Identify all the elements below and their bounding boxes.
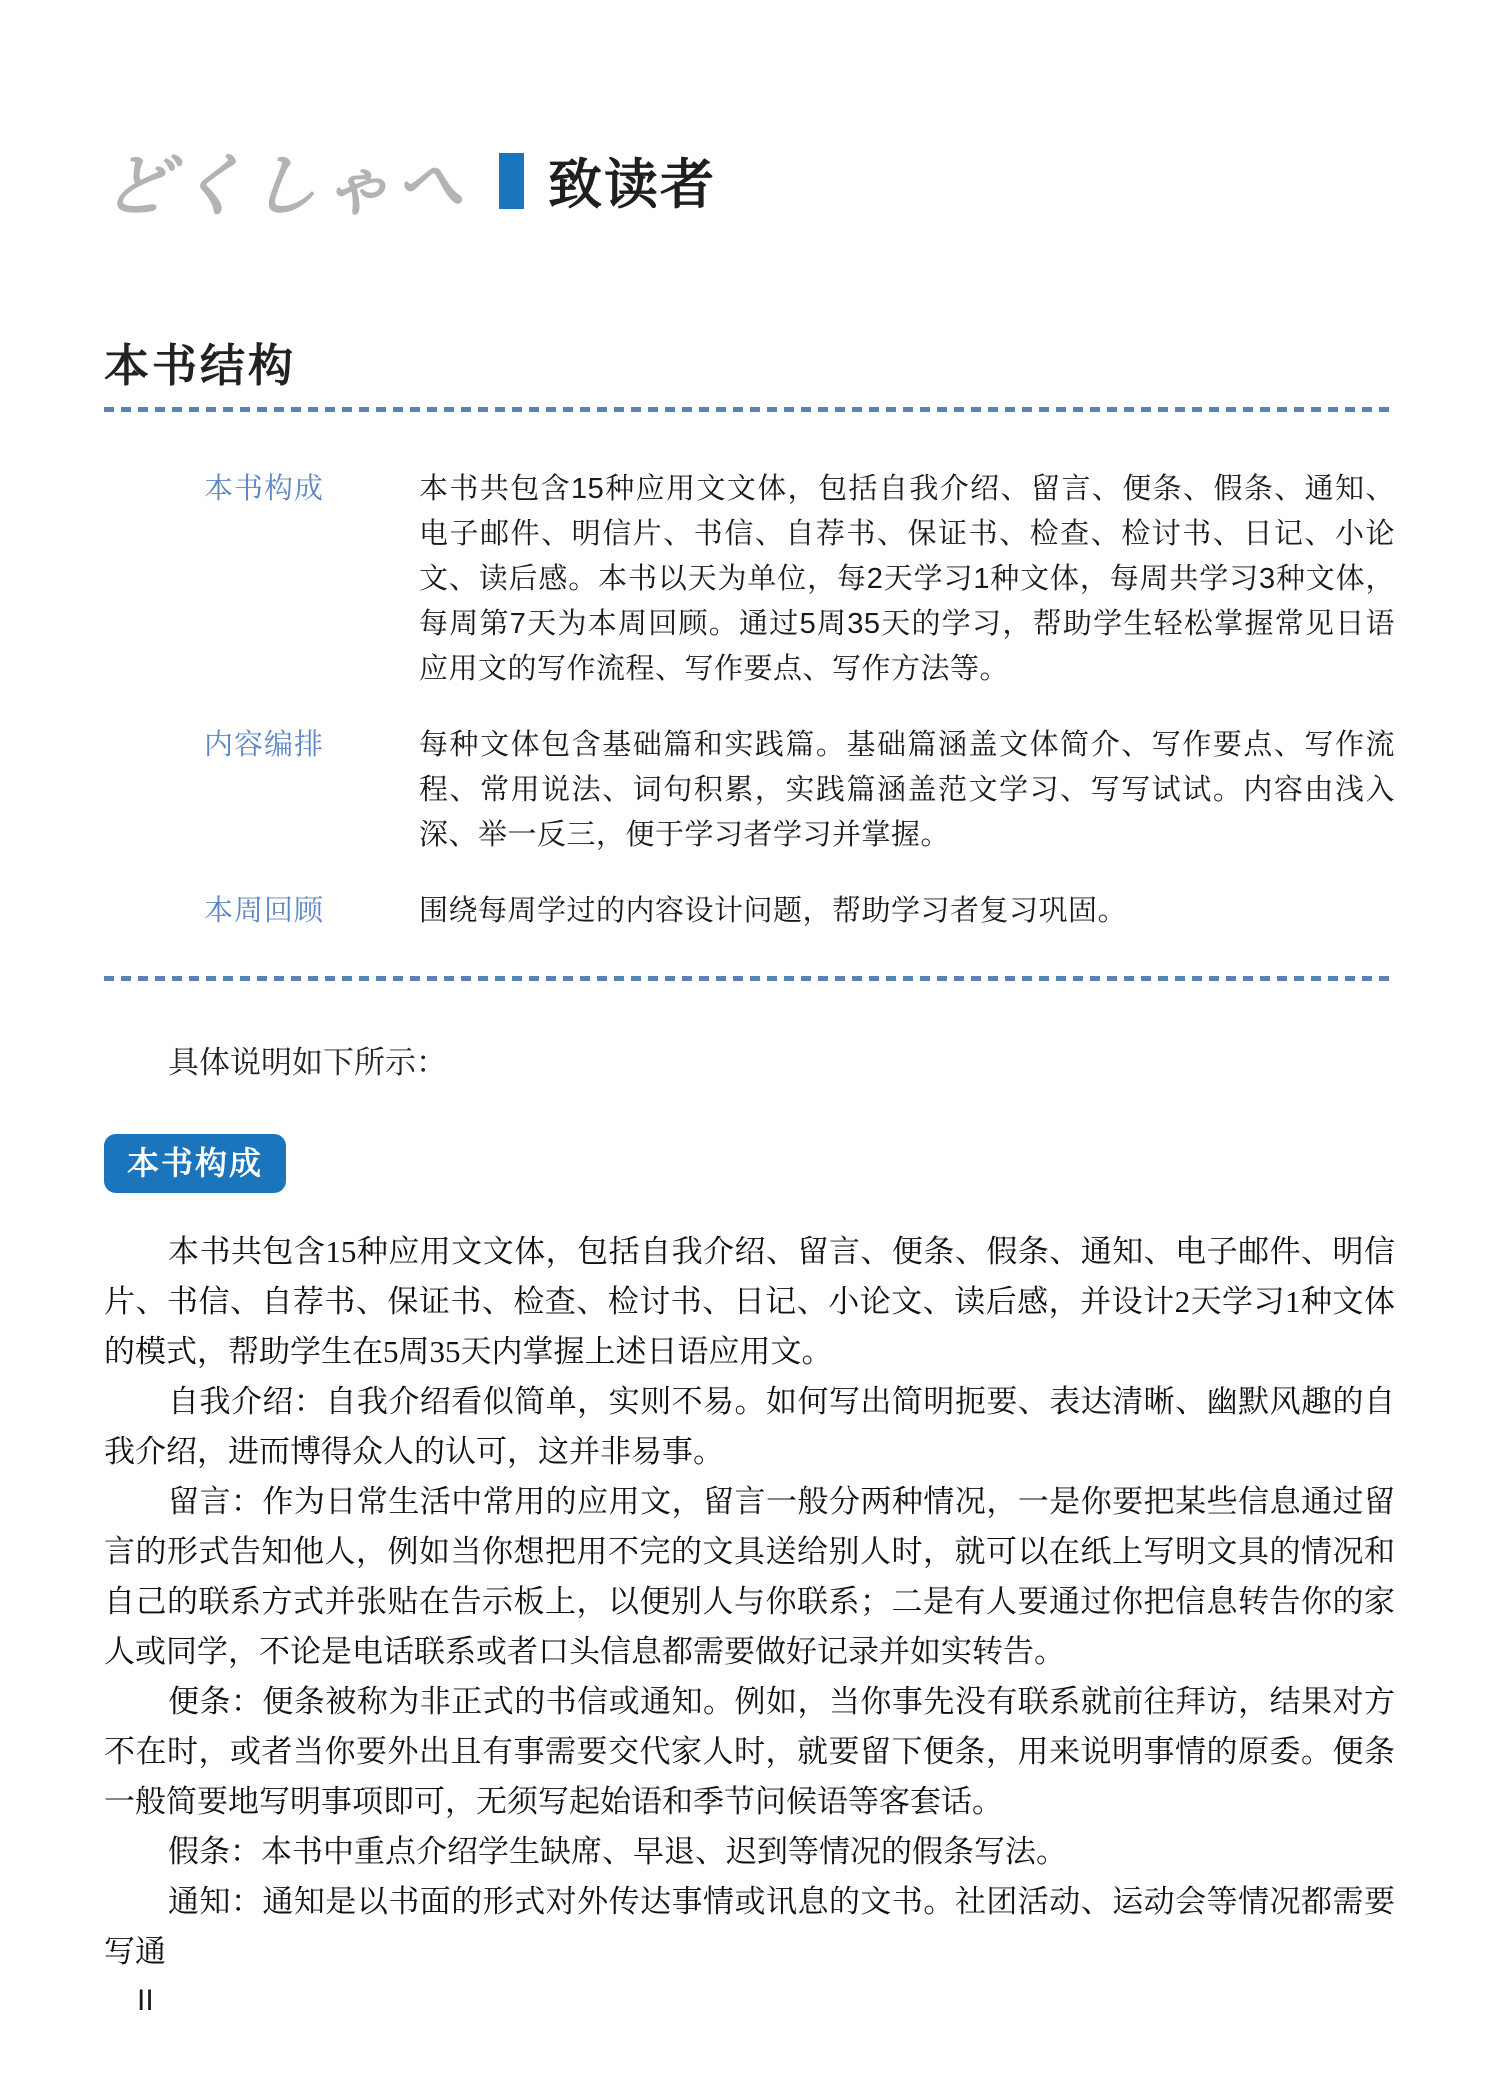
row-text: 本书共包含15种应用文文体，包括自我介绍、留言、便条、假条、通知、电子邮件、明信…: [419, 467, 1395, 692]
dashed-divider-top: [104, 407, 1395, 412]
section-badge-book-composition: 本书构成: [104, 1134, 286, 1193]
table-row: 内容编排 每种文体包含基础篇和实践篇。基础篇涵盖文体简介、写作要点、写作流程、常…: [104, 723, 1395, 858]
body-text: 本书共包含15种应用文文体，包括自我介绍、留言、便条、假条、通知、电子邮件、明信…: [104, 1227, 1395, 1977]
page-number: II: [137, 1984, 154, 2018]
table-row: 本周回顾 围绕每周学过的内容设计问题，帮助学习者复习巩固。: [104, 889, 1395, 934]
paragraph: 通知：通知是以书面的形式对外传达事情或讯息的文书。社团活动、运动会等情况都需要写…: [104, 1877, 1395, 1977]
dashed-divider-bottom: [104, 976, 1395, 981]
row-text: 每种文体包含基础篇和实践篇。基础篇涵盖文体简介、写作要点、写作流程、常用说法、词…: [419, 723, 1395, 858]
paragraph: 便条：便条被称为非正式的书信或通知。例如，当你事先没有联系就前往拜访，结果对方不…: [104, 1677, 1395, 1827]
paragraph: 留言：作为日常生活中常用的应用文，留言一般分两种情况，一是你要把某些信息通过留言…: [104, 1477, 1395, 1677]
title-accent-bar: [499, 153, 524, 209]
structure-table: 本书构成 本书共包含15种应用文文体，包括自我介绍、留言、便条、假条、通知、电子…: [104, 467, 1395, 934]
section-title-book-structure: 本书结构: [104, 329, 1395, 394]
row-label: 本书构成: [104, 467, 419, 692]
chinese-chapter-title: 致读者: [548, 142, 716, 219]
intro-line: 具体说明如下所示：: [104, 1037, 1395, 1082]
table-row: 本书构成 本书共包含15种应用文文体，包括自我介绍、留言、便条、假条、通知、电子…: [104, 467, 1395, 692]
row-text: 围绕每周学过的内容设计问题，帮助学习者复习巩固。: [419, 889, 1395, 934]
book-page: どくしゃへ 致读者 本书结构 本书构成 本书共包含15种应用文文体，包括自我介绍…: [0, 0, 1499, 2082]
paragraph: 假条：本书中重点介绍学生缺席、早退、迟到等情况的假条写法。: [104, 1827, 1395, 1877]
row-label: 本周回顾: [104, 889, 419, 934]
paragraph: 本书共包含15种应用文文体，包括自我介绍、留言、便条、假条、通知、电子邮件、明信…: [104, 1227, 1395, 1377]
chapter-header: どくしゃへ 致读者: [104, 132, 1395, 229]
paragraph: 自我介绍：自我介绍看似简单，实则不易。如何写出简明扼要、表达清晰、幽默风趣的自我…: [104, 1377, 1395, 1477]
row-label: 内容编排: [104, 723, 419, 858]
japanese-chapter-title: どくしゃへ: [101, 132, 473, 229]
page-content: どくしゃへ 致读者 本书结构 本书构成 本书共包含15种应用文文体，包括自我介绍…: [0, 132, 1499, 1977]
